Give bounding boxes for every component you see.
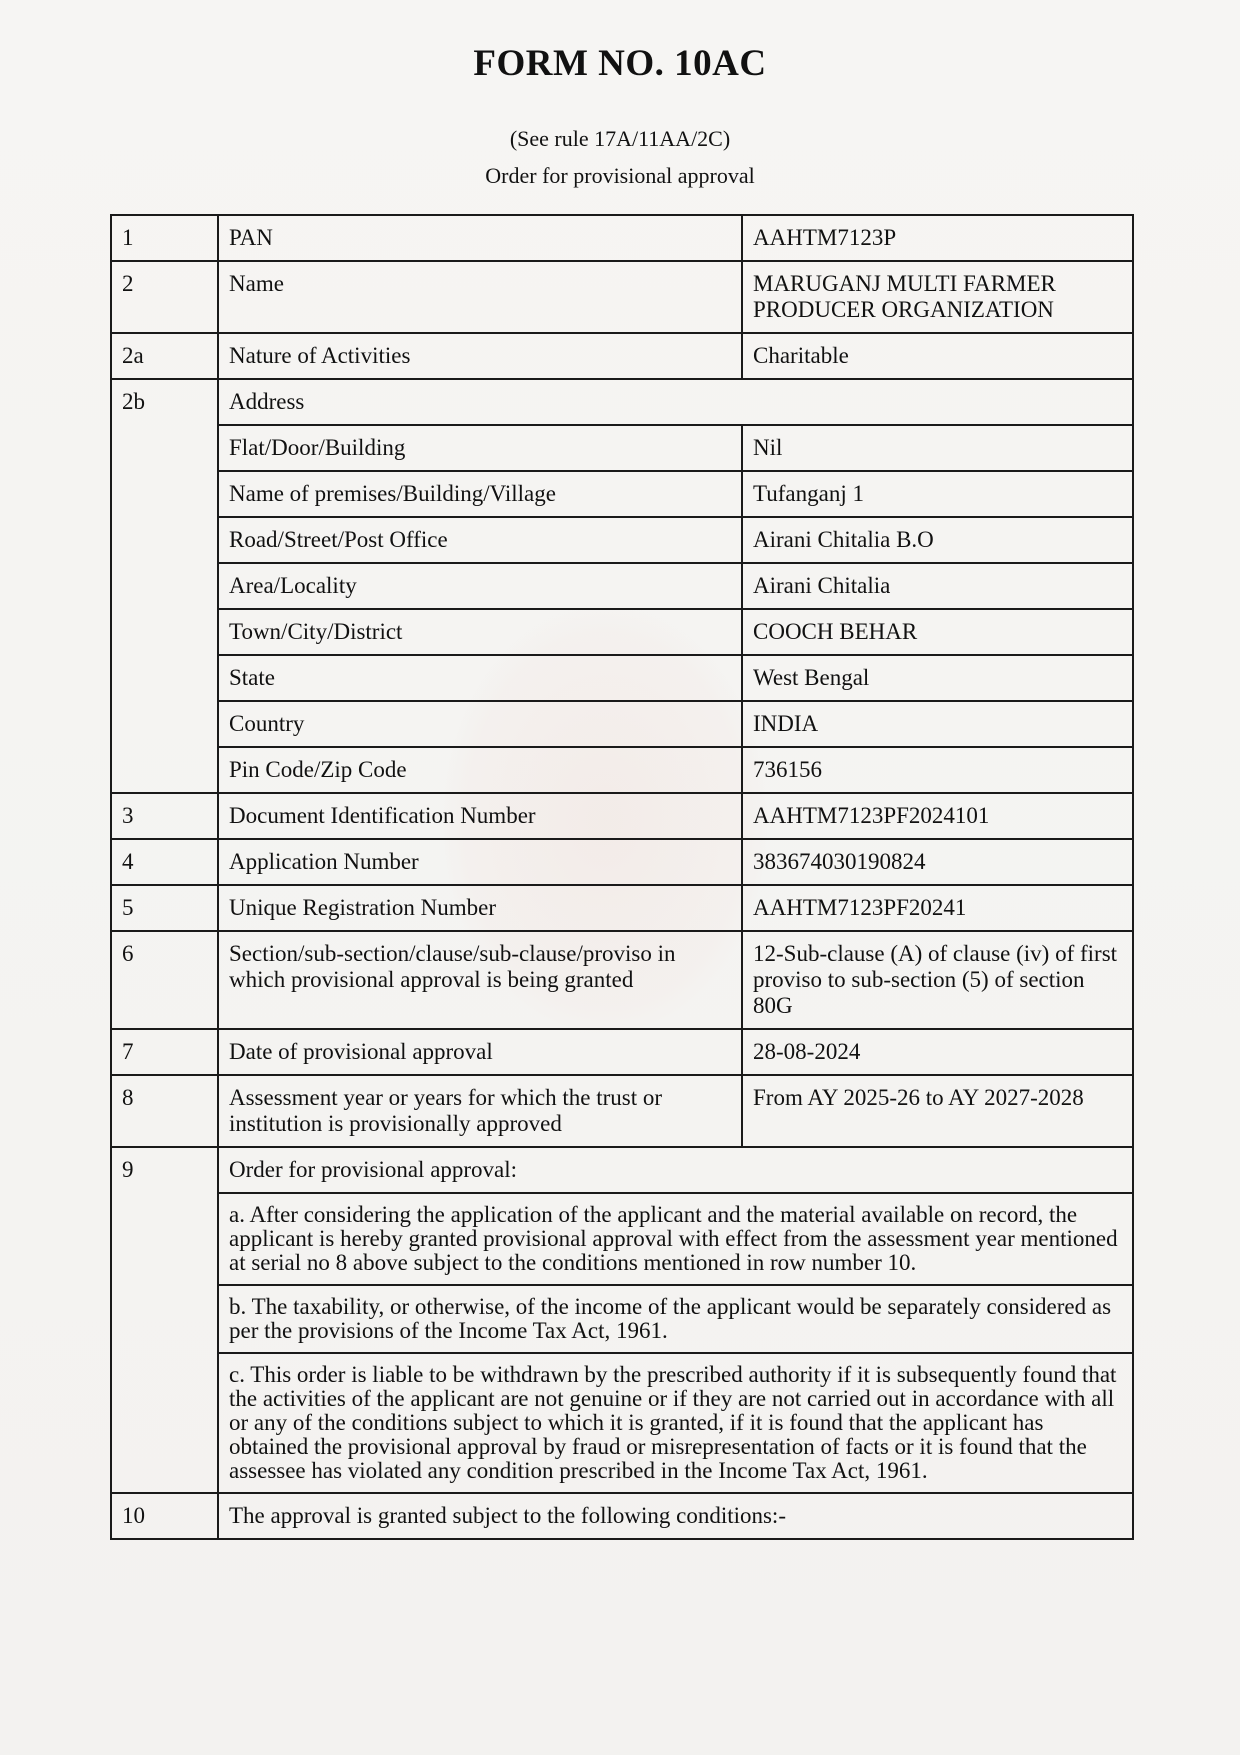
field-value: AAHTM7123P (742, 215, 1133, 261)
order-paragraph-a: a. After considering the application of … (218, 1193, 1133, 1285)
field-value: COOCH BEHAR (742, 609, 1133, 655)
field-label: Unique Registration Number (218, 885, 742, 931)
serial-number: 8 (111, 1075, 218, 1147)
field-value: Nil (742, 425, 1133, 471)
table-row: 4 Application Number 383674030190824 (111, 839, 1133, 885)
name-line-2: PRODUCER ORGANIZATION (753, 297, 1122, 323)
serial-number: 2 (111, 261, 218, 333)
field-value: 28-08-2024 (742, 1029, 1133, 1075)
field-label: Town/City/District (218, 609, 742, 655)
field-label: Nature of Activities (218, 333, 742, 379)
table-row: 6 Section/sub-section/clause/sub-clause/… (111, 931, 1133, 1029)
serial-number: 3 (111, 793, 218, 839)
address-row: Flat/Door/Building Nil (111, 425, 1133, 471)
field-value: AAHTM7123PF20241 (742, 885, 1133, 931)
field-value: West Bengal (742, 655, 1133, 701)
field-value: 736156 (742, 747, 1133, 793)
table-row: 2b Address (111, 379, 1133, 425)
table-row: 1 PAN AAHTM7123P (111, 215, 1133, 261)
table-row: 10 The approval is granted subject to th… (111, 1493, 1133, 1539)
table-row: 2 Name MARUGANJ MULTI FARMER PRODUCER OR… (111, 261, 1133, 333)
field-label: State (218, 655, 742, 701)
order-paragraph-c: c. This order is liable to be withdrawn … (218, 1353, 1133, 1493)
serial-number: 9 (111, 1147, 218, 1493)
order-paragraph-row: a. After considering the application of … (111, 1193, 1133, 1285)
field-label: Country (218, 701, 742, 747)
field-value: MARUGANJ MULTI FARMER PRODUCER ORGANIZAT… (742, 261, 1133, 333)
table-row: 3 Document Identification Number AAHTM71… (111, 793, 1133, 839)
field-value: Airani Chitalia B.O (742, 517, 1133, 563)
field-label: Order for provisional approval: (218, 1147, 1133, 1193)
serial-number: 2b (111, 379, 218, 793)
field-label: Name of premises/Building/Village (218, 471, 742, 517)
form-title: FORM NO. 10AC (0, 42, 1240, 85)
approval-form-table: 1 PAN AAHTM7123P 2 Name MARUGANJ MULTI F… (110, 214, 1134, 1540)
field-value: 383674030190824 (742, 839, 1133, 885)
address-row: Town/City/District COOCH BEHAR (111, 609, 1133, 655)
field-label: Flat/Door/Building (218, 425, 742, 471)
field-label: Address (218, 379, 1133, 425)
address-row: Name of premises/Building/Village Tufang… (111, 471, 1133, 517)
field-value: Charitable (742, 333, 1133, 379)
field-value: INDIA (742, 701, 1133, 747)
address-row: Area/Locality Airani Chitalia (111, 563, 1133, 609)
name-line-1: MARUGANJ MULTI FARMER (753, 271, 1122, 297)
order-paragraph-b: b. The taxability, or otherwise, of the … (218, 1285, 1133, 1353)
table-row: 9 Order for provisional approval: (111, 1147, 1133, 1193)
serial-number: 10 (111, 1493, 218, 1539)
document-page: FORM NO. 10AC (See rule 17A/11AA/2C) Ord… (0, 0, 1240, 1755)
field-label: Document Identification Number (218, 793, 742, 839)
field-label: Name (218, 261, 742, 333)
serial-number: 1 (111, 215, 218, 261)
field-label: Application Number (218, 839, 742, 885)
field-label: Road/Street/Post Office (218, 517, 742, 563)
field-label: Area/Locality (218, 563, 742, 609)
address-row: State West Bengal (111, 655, 1133, 701)
address-row: Pin Code/Zip Code 736156 (111, 747, 1133, 793)
field-label: Section/sub-section/clause/sub-clause/pr… (218, 931, 742, 1029)
order-paragraph-row: c. This order is liable to be withdrawn … (111, 1353, 1133, 1493)
table-row: 8 Assessment year or years for which the… (111, 1075, 1133, 1147)
serial-number: 7 (111, 1029, 218, 1075)
field-label: Pin Code/Zip Code (218, 747, 742, 793)
serial-number: 5 (111, 885, 218, 931)
address-row: Country INDIA (111, 701, 1133, 747)
address-row: Road/Street/Post Office Airani Chitalia … (111, 517, 1133, 563)
field-label: Date of provisional approval (218, 1029, 742, 1075)
serial-number: 6 (111, 931, 218, 1029)
rule-reference: (See rule 17A/11AA/2C) (0, 126, 1240, 152)
field-value: From AY 2025-26 to AY 2027-2028 (742, 1075, 1133, 1147)
form-subtitle: Order for provisional approval (0, 163, 1240, 189)
serial-number: 4 (111, 839, 218, 885)
serial-number: 2a (111, 333, 218, 379)
field-label: The approval is granted subject to the f… (218, 1493, 1133, 1539)
field-value: 12-Sub-clause (A) of clause (iv) of firs… (742, 931, 1133, 1029)
table-row: 2a Nature of Activities Charitable (111, 333, 1133, 379)
table-row: 5 Unique Registration Number AAHTM7123PF… (111, 885, 1133, 931)
field-label: PAN (218, 215, 742, 261)
order-paragraph-row: b. The taxability, or otherwise, of the … (111, 1285, 1133, 1353)
field-value: Tufanganj 1 (742, 471, 1133, 517)
table-row: 7 Date of provisional approval 28-08-202… (111, 1029, 1133, 1075)
field-value: AAHTM7123PF2024101 (742, 793, 1133, 839)
field-value: Airani Chitalia (742, 563, 1133, 609)
field-label: Assessment year or years for which the t… (218, 1075, 742, 1147)
